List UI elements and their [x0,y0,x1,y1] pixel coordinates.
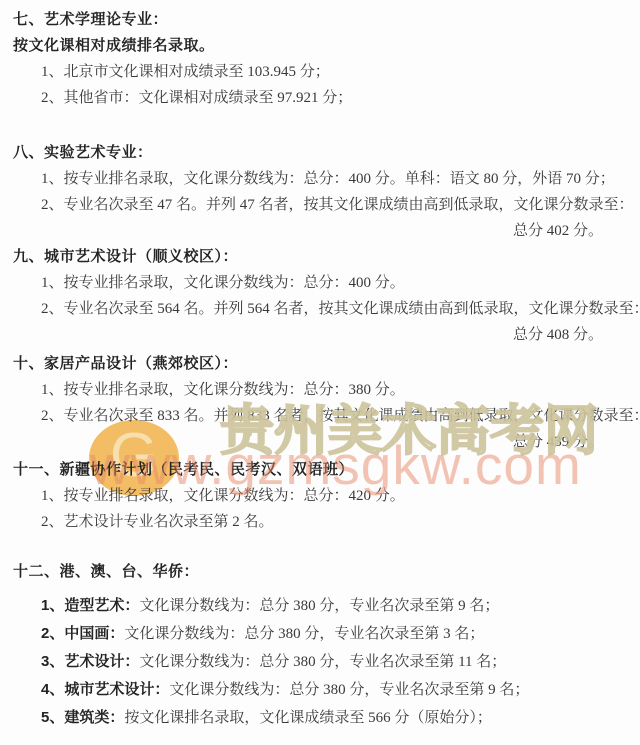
item-line: 1、北京市文化课相对成绩录至 103.945 分； [13,59,640,85]
item-text: 2、专业名次录至 833 名。并列 833 名者，按其文化课成绩由高到低录取，文… [41,408,640,424]
item-line: 2、艺术设计专业名次录至第 2 名。 [13,509,640,535]
section-heading: 九、城市艺术设计（顺义校区）： [13,244,640,270]
section-heading: 八、实验艺术专业： [13,140,640,166]
item-line: 1、按专业排名录取，文化课分数线为：总分：400 分。 [13,270,640,296]
item-line: 2、其他省市：文化课相对成绩录至 97.921 分； [13,85,640,111]
item-text: 文化课分数线为：总分 380 分，专业名次录至第 9 名； [139,598,499,614]
item-text: 1、按专业排名录取，文化课分数线为：总分：400 分。 [41,275,405,291]
item-line: 3、艺术设计：文化课分数线为：总分 380 分，专业名次录至第 11 名； [13,648,640,676]
right-aligned-score: 总分 402 分。 [13,218,640,244]
item-text: 2、专业名次录至 47 名。并列 47 名者，按其文化课成绩由高到低录取，文化课… [41,197,634,213]
item-line: 1、按专业排名录取，文化课分数线为：总分：420 分。 [13,483,640,509]
item-text: 2、其他省市：文化课相对成绩录至 97.921 分； [41,90,352,106]
item-text: 文化课分数线为：总分 380 分，专业名次录至第 3 名； [124,626,484,642]
item-line: 1、按专业排名录取，文化课分数线为：总分：380 分。 [13,377,640,403]
item-text: 1、按专业排名录取，文化课分数线为：总分：420 分。 [41,488,405,504]
item-line: 1、按专业排名录取，文化课分数线为：总分：400 分。单科：语文 80 分，外语… [13,166,640,192]
item-text: 2、专业名次录至 564 名。并列 564 名者，按其文化课成绩由高到低录取，文… [41,301,640,317]
item-line: 2、专业名次录至 47 名。并列 47 名者，按其文化课成绩由高到低录取，文化课… [13,192,640,218]
right-aligned-score: 总分 408 分。 [13,322,640,348]
item-line: 2、专业名次录至 564 名。并列 564 名者，按其文化课成绩由高到低录取，文… [13,296,640,322]
item-text: 1、按专业排名录取，文化课分数线为：总分：400 分。单科：语文 80 分，外语… [41,171,615,187]
section: 八、实验艺术专业：1、按专业排名录取，文化课分数线为：总分：400 分。单科：语… [13,140,640,244]
item-text: 1、按专业排名录取，文化课分数线为：总分：380 分。 [41,382,405,398]
section: 九、城市艺术设计（顺义校区）：1、按专业排名录取，文化课分数线为：总分：400 … [13,244,640,348]
item-label: 1、造型艺术： [41,597,139,614]
section-heading: 十、家居产品设计（燕郊校区）： [13,351,640,377]
section-heading: 十二、港、澳、台、华侨： [13,559,640,585]
document-body: 七、艺术学理论专业：按文化课相对成绩排名录取。1、北京市文化课相对成绩录至 10… [0,0,640,732]
document-page: G 七、艺术学理论专业：按文化课相对成绩排名录取。1、北京市文化课相对成绩录至 … [0,0,640,745]
section: 十一、新疆协作计划（民考民、民考汉、双语班）1、按专业排名录取，文化课分数线为：… [13,457,640,535]
item-text: 1、北京市文化课相对成绩录至 103.945 分； [41,64,330,80]
section: 十、家居产品设计（燕郊校区）：1、按专业排名录取，文化课分数线为：总分：380 … [13,351,640,455]
item-line: 2、专业名次录至 833 名。并列 833 名者，按其文化课成绩由高到低录取，文… [13,403,640,429]
section: 七、艺术学理论专业：按文化课相对成绩排名录取。1、北京市文化课相对成绩录至 10… [13,7,640,111]
section-subheading: 按文化课相对成绩排名录取。 [13,33,640,59]
item-line: 5、建筑类：按文化课排名录取，文化课成绩录至 566 分（原始分）； [13,704,640,732]
item-label: 3、艺术设计： [41,653,139,670]
item-line: 2、中国画：文化课分数线为：总分 380 分，专业名次录至第 3 名； [13,620,640,648]
item-text: 文化课分数线为：总分 380 分，专业名次录至第 9 名； [169,682,529,698]
item-label: 2、中国画： [41,625,124,642]
item-text: 2、艺术设计专业名次录至第 2 名。 [41,514,274,530]
item-text: 文化课分数线为：总分 380 分，专业名次录至第 11 名； [139,654,506,670]
item-label: 5、建筑类： [41,709,124,726]
item-line: 4、城市艺术设计：文化课分数线为：总分 380 分，专业名次录至第 9 名； [13,676,640,704]
section-heading: 七、艺术学理论专业： [13,7,640,33]
section-heading: 十一、新疆协作计划（民考民、民考汉、双语班） [13,457,640,483]
item-label: 4、城市艺术设计： [41,681,169,698]
item-text: 按文化课排名录取，文化课成绩录至 566 分（原始分）； [124,710,492,726]
section: 十二、港、澳、台、华侨：1、造型艺术：文化课分数线为：总分 380 分，专业名次… [13,559,640,732]
right-aligned-score: 总分 439 分。 [13,429,640,455]
item-line: 1、造型艺术：文化课分数线为：总分 380 分，专业名次录至第 9 名； [13,592,640,620]
